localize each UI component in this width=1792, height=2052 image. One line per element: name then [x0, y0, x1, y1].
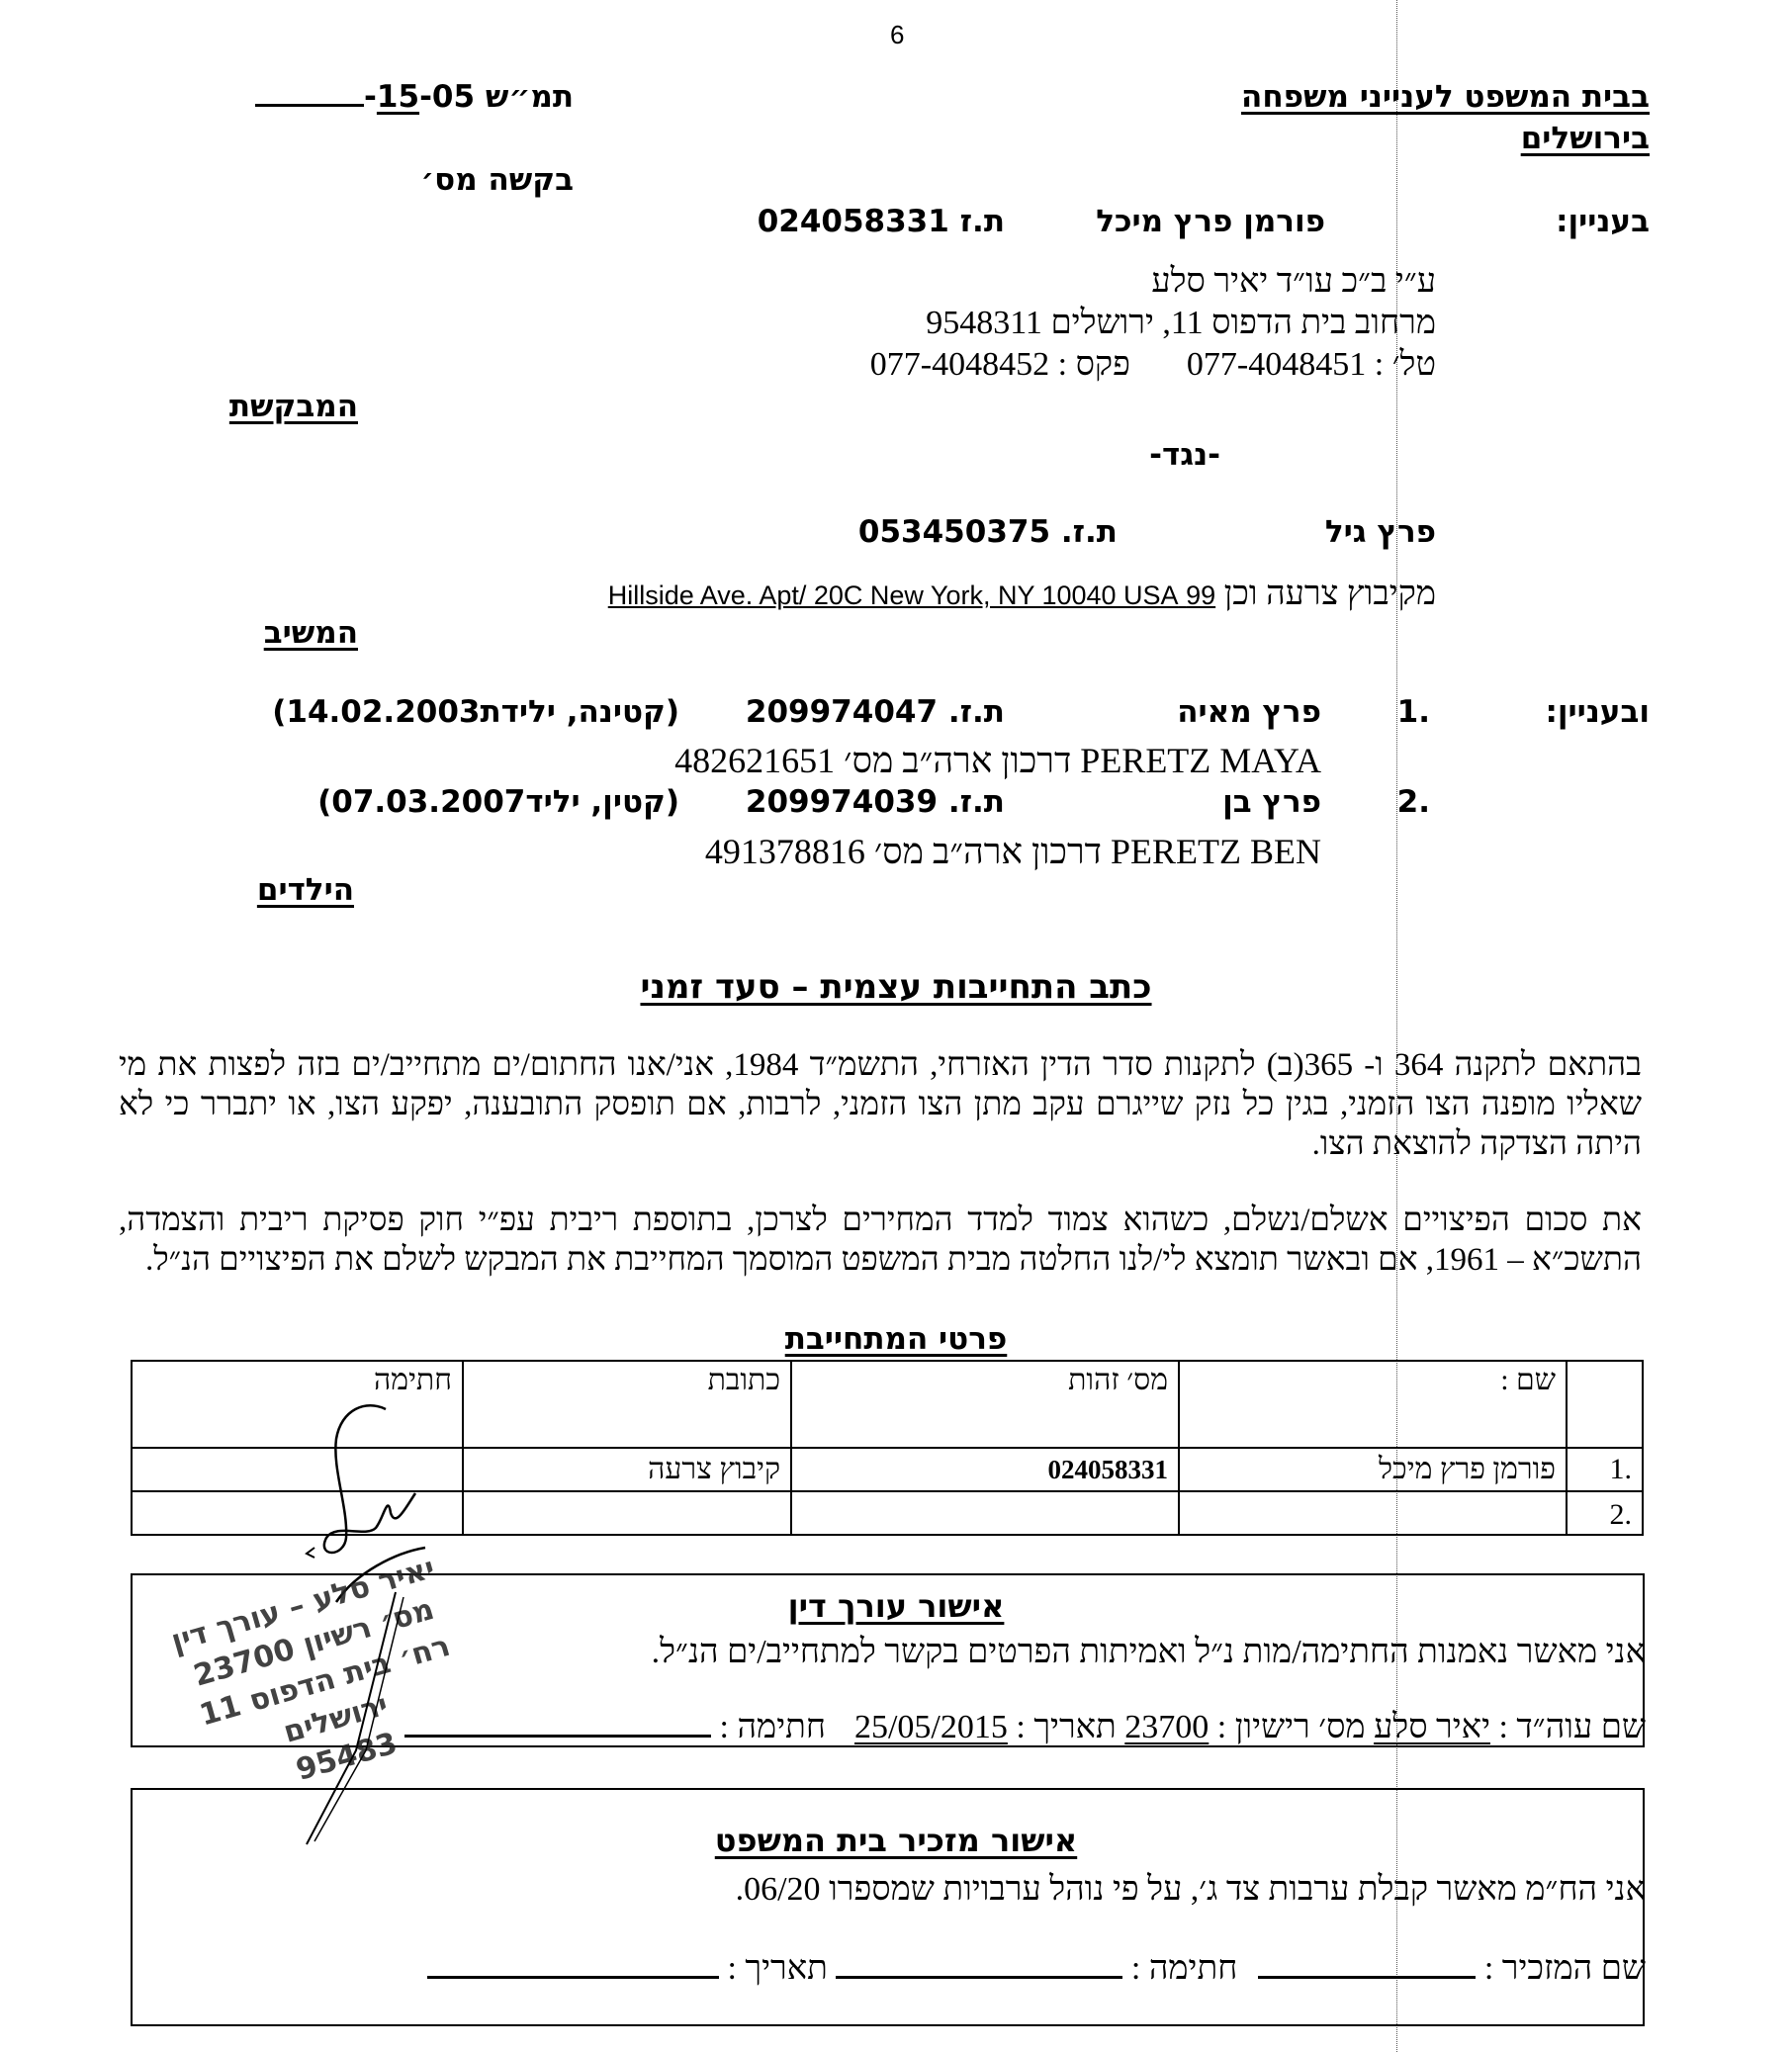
- child-status: (קטין, יליד07.03.2007): [317, 784, 679, 820]
- fax-label: פקס :: [1058, 346, 1130, 383]
- case-prefix: תמ״ש: [486, 79, 574, 115]
- phone-label: טל׳ :: [1375, 346, 1436, 383]
- secretary-approval-statement: אני הח״מ מאשר קבלת ערבות צד ג׳, על פי נו…: [736, 1871, 1646, 1909]
- row-num: .1: [1567, 1448, 1643, 1491]
- case-number: תמ״ש 15-05-: [255, 79, 574, 115]
- approval-date: 25/05/2015: [854, 1709, 1008, 1745]
- commitment-paragraph-2: את סכום הפיצויים אשלם/נשלם, כשהוא צמוד ל…: [119, 1201, 1642, 1280]
- versus-label: -נגד-: [1149, 437, 1220, 473]
- respondent-address-prefix: מקיבוץ צרעה וכן: [1224, 576, 1436, 612]
- header-name: שם :: [1179, 1361, 1567, 1448]
- children-role: הילדים: [257, 872, 354, 908]
- respondent-id-label: ת.ז.: [1061, 514, 1118, 550]
- lawyer-name-label: שם עוה״ד :: [1498, 1709, 1646, 1745]
- secretary-signature-field[interactable]: [836, 1976, 1122, 1979]
- applicant-id-label: ת.ז: [960, 204, 1005, 239]
- respondent-address: מקיבוץ צרעה וכן 99 Hillside Ave. Apt/ 20…: [608, 576, 1436, 613]
- header-address: כתובת: [463, 1361, 791, 1448]
- applicant-section-label: בעניין:: [1556, 204, 1650, 239]
- respondent-id: ת.ז. 053450375: [858, 514, 1118, 550]
- case-number-blank[interactable]: [255, 104, 364, 107]
- row-address: [463, 1491, 791, 1535]
- respondent-role: המשיב: [264, 615, 358, 651]
- court-name: בבית המשפט לענייני משפחה: [1241, 79, 1650, 115]
- respondent-name: פרץ גיל: [1325, 514, 1436, 550]
- respondent-address-foreign: 99 Hillside Ave. Apt/ 20C New York, NY 1…: [608, 580, 1215, 610]
- child-passport-number: 491378816: [705, 832, 865, 871]
- child-id-number: 209974039: [746, 784, 938, 820]
- row-id: 024058331: [791, 1448, 1179, 1491]
- phone-number: 077-4048451: [1187, 346, 1366, 383]
- child-id: ת.ז. 209974039: [746, 784, 1005, 820]
- child-passport-number: 482621651: [674, 741, 835, 780]
- child-passport: PERETZ MAYA דרכון ארה״ב מס׳ 482621651: [674, 740, 1321, 781]
- header-id: מס׳ זהות: [791, 1361, 1179, 1448]
- lawyer-signature-label: חתימה :: [720, 1709, 826, 1745]
- case-year: 15: [377, 79, 419, 115]
- respondent-id-number: 053450375: [858, 514, 1050, 550]
- secretary-name-field[interactable]: [1258, 1976, 1476, 1979]
- row-name: פורמן פרץ מיכל: [1179, 1448, 1567, 1491]
- license-label: מס׳ רישיון :: [1217, 1709, 1366, 1745]
- date-label: תאריך :: [1016, 1709, 1116, 1745]
- child-num: .2: [1397, 784, 1430, 820]
- commitment-paragraph-1: בהתאם לתקנה 364 ו- 365(ב) לתקנות סדר הדי…: [119, 1045, 1642, 1164]
- child-name: פרץ בן: [1222, 784, 1321, 820]
- document-title: כתב התחייבות עצמית – סעד זמני: [0, 967, 1792, 1007]
- lawyer-name: יאיר סלע: [1374, 1709, 1490, 1745]
- court-city: בירושלים: [1521, 121, 1650, 156]
- applicant-counsel: ע״י ב״כ עו״ד יאיר סלע: [1151, 263, 1436, 301]
- request-number-label: בקשה מס׳: [420, 162, 574, 198]
- child-id-number: 209974047: [746, 694, 938, 730]
- child-num: .1: [1397, 694, 1430, 730]
- secretary-approval-title: אישור מזכיר בית המשפט: [0, 1822, 1792, 1859]
- applicant-name: פורמן פרץ מיכל: [1096, 204, 1325, 239]
- child-passport-label: דרכון ארה״ב מס׳: [844, 741, 1071, 780]
- header-num: [1567, 1361, 1643, 1448]
- child-id: ת.ז. 209974047: [746, 694, 1005, 730]
- secretary-name-label: שם המזכיר :: [1484, 1950, 1646, 1987]
- secretary-details-line: שם המזכיר : חתימה : תאריך :: [427, 1950, 1646, 1988]
- license-number: 23700: [1124, 1709, 1209, 1745]
- lawyer-approval-statement: אני מאשר נאמנות החתימה/מות נ״ל ואמיתות ה…: [652, 1634, 1646, 1671]
- secretary-signature-label: חתימה :: [1131, 1950, 1237, 1987]
- applicant-id: ת.ז 024058331: [758, 204, 1005, 239]
- fax-number: 077-4048452: [870, 346, 1049, 383]
- child-status: (קטינה, ילידת14.02.2003): [272, 694, 679, 730]
- lawyer-details-line: שם עוה״ד : יאיר סלע מס׳ רישיון : 23700 ת…: [404, 1709, 1646, 1746]
- secretary-date-field[interactable]: [427, 1976, 719, 1979]
- child-passport-name: PERETZ BEN: [1111, 832, 1321, 871]
- child-id-label: ת.ז.: [948, 784, 1005, 820]
- child-id-label: ת.ז.: [948, 694, 1005, 730]
- page-number: 6: [890, 20, 904, 50]
- row-num: .2: [1567, 1491, 1643, 1535]
- row-id: [791, 1491, 1179, 1535]
- row-address: קיבוץ צרעה: [463, 1448, 791, 1491]
- obligor-table-title: פרטי המתחייבת: [0, 1321, 1792, 1357]
- applicant-id-number: 024058331: [758, 204, 949, 239]
- applicant-address: מרחוב בית הדפוס 11, ירושלים 9548311: [926, 305, 1436, 342]
- child-passport-label: דרכון ארה״ב מס׳: [874, 832, 1102, 871]
- applicant-contact: טל׳ : 077-4048451 פקס : 077-4048452: [870, 346, 1436, 384]
- children-section-label: ובעניין:: [1545, 694, 1650, 730]
- row-name: [1179, 1491, 1567, 1535]
- child-passport: PERETZ BEN דרכון ארה״ב מס׳ 491378816: [705, 831, 1321, 872]
- secretary-date-label: תאריך :: [727, 1950, 827, 1987]
- child-name: פרץ מאיה: [1177, 694, 1321, 730]
- applicant-role: המבקשת: [229, 389, 358, 424]
- child-passport-name: PERETZ MAYA: [1080, 741, 1321, 780]
